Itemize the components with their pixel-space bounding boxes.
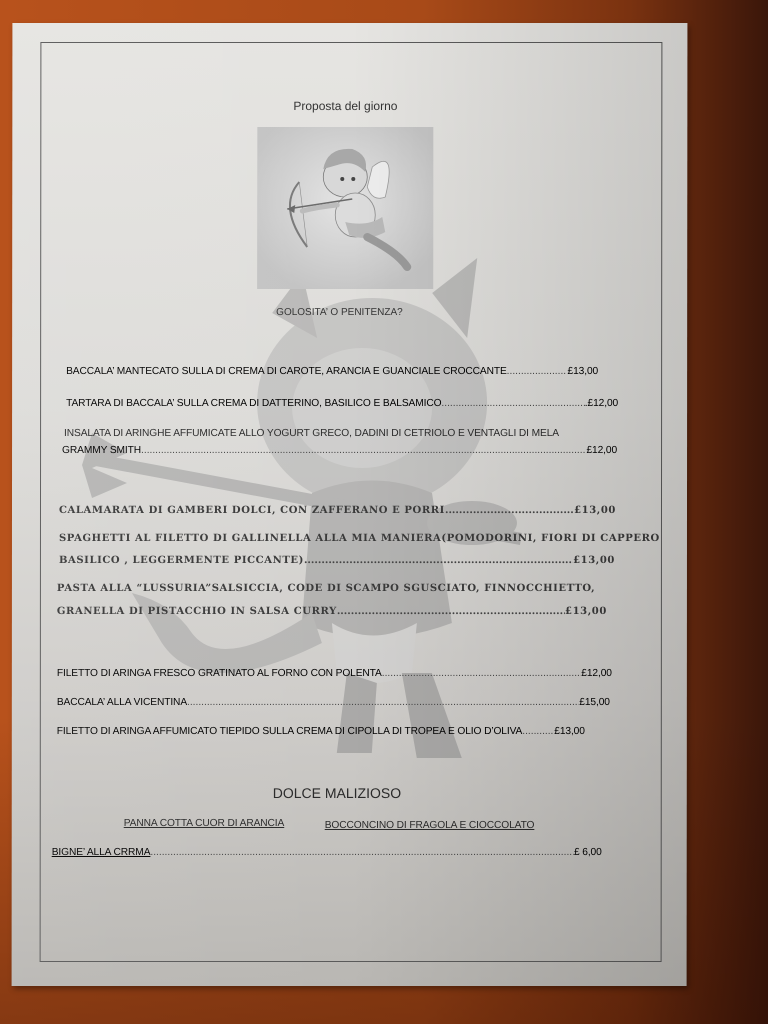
item-name-line1: SPAGHETTI AL FILETTO DI GALLINELLA ALLA …: [59, 533, 660, 544]
item-name-line1: PASTA ALLA “LUSSURIA”SALSICCIA, CODE DI …: [57, 583, 595, 594]
leader-dots: [522, 726, 554, 737]
menu-item: GRANELLA DI PISTACCHIO IN SALSA CURRY £1…: [57, 606, 607, 617]
menu-item: GRAMMY SMITH £12,00: [62, 445, 617, 456]
menu-item: BIGNE’ ALLA CRRMA £ 6,00: [52, 847, 602, 858]
item-name: CALAMARATA DI GAMBERI DOLCI, CON ZAFFERA…: [59, 505, 445, 516]
cupid-image: [257, 127, 433, 289]
item-price: £13,00: [568, 366, 599, 377]
menu-item: FILETTO DI ARINGA FRESCO GRATINATO AL FO…: [57, 668, 612, 679]
menu-item: TARTARA DI BACCALA’ SULLA CREMA DI DATTE…: [66, 398, 618, 409]
dessert-item: BOCCONCINO DI FRAGOLA E CIOCCOLATO: [325, 820, 535, 831]
item-price: £13,00: [565, 606, 607, 617]
dessert-item: PANNA COTTA CUOR DI ARANCIA: [124, 818, 285, 829]
menu-subtitle: GOLOSITA’ O PENITENZA?: [276, 307, 403, 318]
item-price: £15,00: [579, 697, 610, 708]
leader-dots: [187, 697, 579, 708]
menu-item: BACCALA’ MANTECATO SULLA DI CREMA DI CAR…: [66, 366, 598, 377]
item-name: TARTARA DI BACCALA’ SULLA CREMA DI DATTE…: [66, 398, 441, 409]
leader-dots: [382, 668, 582, 679]
item-price: £12,00: [586, 445, 617, 456]
leader-dots: [507, 366, 568, 377]
item-name: BIGNE’ ALLA CRRMA: [52, 847, 151, 858]
leader-dots: [304, 555, 573, 566]
item-name-line2: GRAMMY SMITH: [62, 445, 141, 456]
leader-dots: [141, 445, 586, 456]
item-price: £13,00: [574, 505, 616, 516]
leader-dots: [337, 606, 565, 617]
item-price: £ 6,00: [574, 847, 602, 858]
item-name-line2: GRANELLA DI PISTACCHIO IN SALSA CURRY: [57, 606, 337, 617]
item-name: BACCALA’ MANTECATO SULLA DI CREMA DI CAR…: [66, 366, 507, 377]
menu-item: FILETTO DI ARINGA AFFUMICATO TIEPIDO SUL…: [57, 726, 607, 737]
item-name: FILETTO DI ARINGA AFFUMICATO TIEPIDO SUL…: [57, 726, 522, 737]
menu-item: BACCALA’ ALLA VICENTINA £15,00: [57, 697, 610, 708]
item-price: £13,00: [554, 726, 585, 737]
leader-dots: [441, 398, 584, 409]
item-price: .£12,00: [585, 398, 618, 409]
item-name-line1: INSALATA DI ARINGHE AFFUMICATE ALLO YOGU…: [64, 428, 559, 439]
section-title-dolci: DOLCE MALIZIOSO: [273, 785, 401, 801]
menu-item: CALAMARATA DI GAMBERI DOLCI, CON ZAFFERA…: [59, 505, 616, 516]
cupid-icon: [257, 127, 433, 289]
item-name-line2: BASILICO , LEGGERMENTE PICCANTE): [59, 555, 304, 566]
item-name: BACCALA’ ALLA VICENTINA: [57, 697, 187, 708]
leader-dots: [150, 847, 574, 858]
menu-sheet: Proposta del giorno: [12, 23, 688, 986]
item-price: £12,00: [581, 668, 612, 679]
leader-dots: [445, 505, 574, 516]
page-title: Proposta del giorno: [293, 99, 397, 113]
menu-item: BASILICO , LEGGERMENTE PICCANTE) £13,00: [59, 555, 615, 566]
item-name: FILETTO DI ARINGA FRESCO GRATINATO AL FO…: [57, 668, 382, 679]
item-price: £13,00: [573, 555, 615, 566]
